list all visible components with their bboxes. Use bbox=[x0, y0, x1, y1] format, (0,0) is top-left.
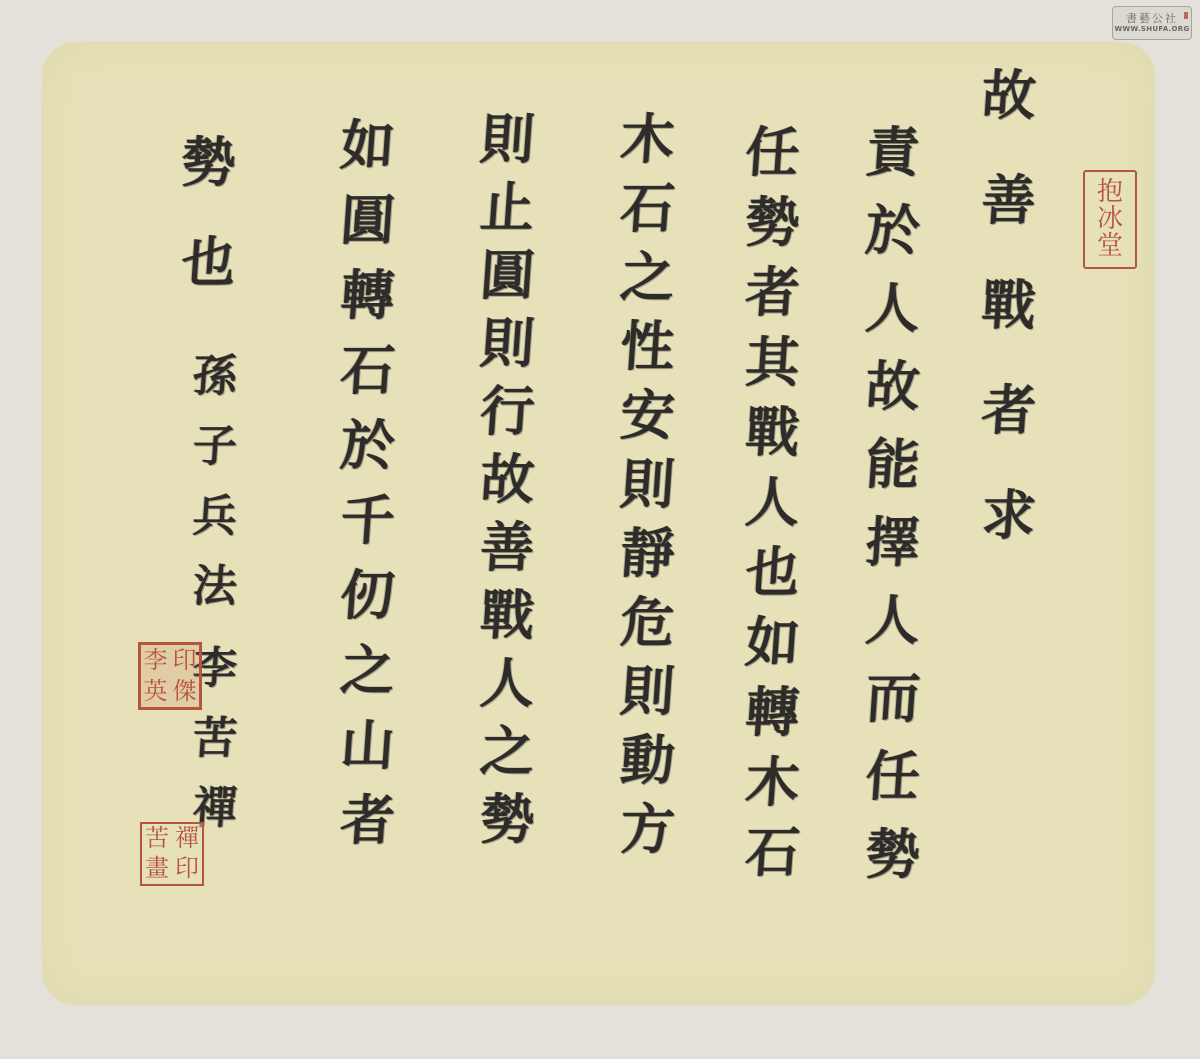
character: 如 bbox=[337, 118, 396, 193]
character: 者 bbox=[743, 265, 802, 335]
character: 於 bbox=[862, 203, 921, 281]
character: 千 bbox=[337, 493, 396, 568]
character: 責 bbox=[862, 125, 921, 203]
character: 轉 bbox=[337, 268, 396, 343]
seal-character: 冰 bbox=[1085, 206, 1135, 233]
calligraphy-column-3: 任 勢 者 其 戰 人 也 如 轉 木 石 bbox=[745, 125, 799, 895]
calligraphy-column-5: 則 止 圓 則 行 故 善 戰 人 之 勢 bbox=[480, 112, 534, 860]
character: 安 bbox=[618, 388, 677, 457]
character: 動 bbox=[618, 733, 677, 802]
character: 行 bbox=[478, 384, 537, 452]
seal-character: 英 bbox=[141, 679, 170, 704]
character: 勢 bbox=[177, 135, 238, 235]
character: 求 bbox=[976, 488, 1037, 593]
inscription-column: 孫 子 兵 法 李 苦 禪 bbox=[192, 355, 236, 857]
character: 轉 bbox=[743, 685, 802, 755]
character: 靜 bbox=[618, 526, 677, 595]
character: 危 bbox=[618, 595, 677, 664]
seal-character: 印 bbox=[172, 856, 202, 881]
character: 木 bbox=[743, 755, 802, 825]
character: 戰 bbox=[478, 588, 537, 656]
character: 善 bbox=[478, 520, 537, 588]
seal-character: 堂 bbox=[1085, 233, 1135, 260]
character: 任 bbox=[743, 125, 802, 195]
character: 勢 bbox=[478, 792, 537, 860]
character: 人 bbox=[862, 593, 921, 671]
character: 性 bbox=[618, 319, 677, 388]
character: 能 bbox=[862, 437, 921, 515]
character: 於 bbox=[337, 418, 396, 493]
character: 也 bbox=[177, 235, 238, 335]
character: 石 bbox=[743, 825, 802, 895]
inscription-character: 兵 bbox=[190, 495, 239, 565]
character: 石 bbox=[337, 343, 396, 418]
inscription-character: 子 bbox=[190, 425, 239, 495]
watermark-stamp-icon bbox=[1184, 12, 1188, 19]
studio-seal: 苦 禪 畫 印 bbox=[140, 822, 204, 886]
character: 之 bbox=[478, 724, 537, 792]
calligraphy-column-7: 勢 也 bbox=[180, 135, 234, 335]
character: 故 bbox=[478, 452, 537, 520]
character: 則 bbox=[618, 664, 677, 733]
character: 木 bbox=[618, 112, 677, 181]
character: 也 bbox=[743, 545, 802, 615]
character: 圓 bbox=[337, 193, 396, 268]
character: 戰 bbox=[976, 278, 1037, 383]
character: 故 bbox=[862, 359, 921, 437]
leading-seal: 抱 冰 堂 bbox=[1083, 170, 1137, 269]
character: 勢 bbox=[743, 195, 802, 265]
inscription-character: 苦 bbox=[190, 717, 239, 787]
character: 石 bbox=[618, 181, 677, 250]
character: 則 bbox=[478, 112, 537, 180]
site-watermark: 書藝公社 WWW.SHUFA.ORG bbox=[1112, 6, 1192, 40]
character: 止 bbox=[478, 180, 537, 248]
character: 勢 bbox=[862, 827, 921, 905]
character: 之 bbox=[618, 250, 677, 319]
seal-character: 畫 bbox=[142, 856, 172, 881]
character: 善 bbox=[976, 173, 1037, 278]
character: 任 bbox=[862, 749, 921, 827]
seal-character: 禪 bbox=[172, 826, 202, 851]
character: 方 bbox=[618, 802, 677, 871]
character: 而 bbox=[862, 671, 921, 749]
calligraphy-column-1: 故 善 戰 者 求 bbox=[980, 68, 1034, 593]
watermark-url: WWW.SHUFA.ORG bbox=[1114, 25, 1189, 33]
seal-character: 抱 bbox=[1085, 179, 1135, 206]
character: 圓 bbox=[478, 248, 537, 316]
character: 如 bbox=[743, 615, 802, 685]
character: 則 bbox=[618, 457, 677, 526]
character: 戰 bbox=[743, 405, 802, 475]
calligraphy-column-4: 木 石 之 性 安 則 靜 危 則 動 方 bbox=[620, 112, 674, 871]
seal-character: 苦 bbox=[142, 826, 172, 851]
character: 其 bbox=[743, 335, 802, 405]
character: 故 bbox=[976, 68, 1037, 173]
character: 者 bbox=[337, 793, 396, 868]
character: 之 bbox=[337, 643, 396, 718]
inscription-character: 孫 bbox=[190, 355, 239, 425]
character: 擇 bbox=[862, 515, 921, 593]
character: 者 bbox=[976, 383, 1037, 488]
watermark-title: 書藝公社 bbox=[1126, 13, 1178, 25]
name-seal: 李 印 英 傑 bbox=[138, 642, 202, 710]
calligraphy-column-6: 如 圓 轉 石 於 千 仞 之 山 者 bbox=[340, 118, 394, 868]
seal-character: 李 bbox=[141, 648, 170, 673]
character: 則 bbox=[478, 316, 537, 384]
character: 山 bbox=[337, 718, 396, 793]
inscription-character: 法 bbox=[190, 565, 239, 635]
seal-character: 傑 bbox=[170, 679, 199, 704]
character: 人 bbox=[743, 475, 802, 545]
character: 人 bbox=[862, 281, 921, 359]
character: 仞 bbox=[337, 568, 396, 643]
seal-character: 印 bbox=[170, 648, 199, 673]
character: 人 bbox=[478, 656, 537, 724]
calligraphy-column-2: 責 於 人 故 能 擇 人 而 任 勢 bbox=[865, 125, 919, 905]
